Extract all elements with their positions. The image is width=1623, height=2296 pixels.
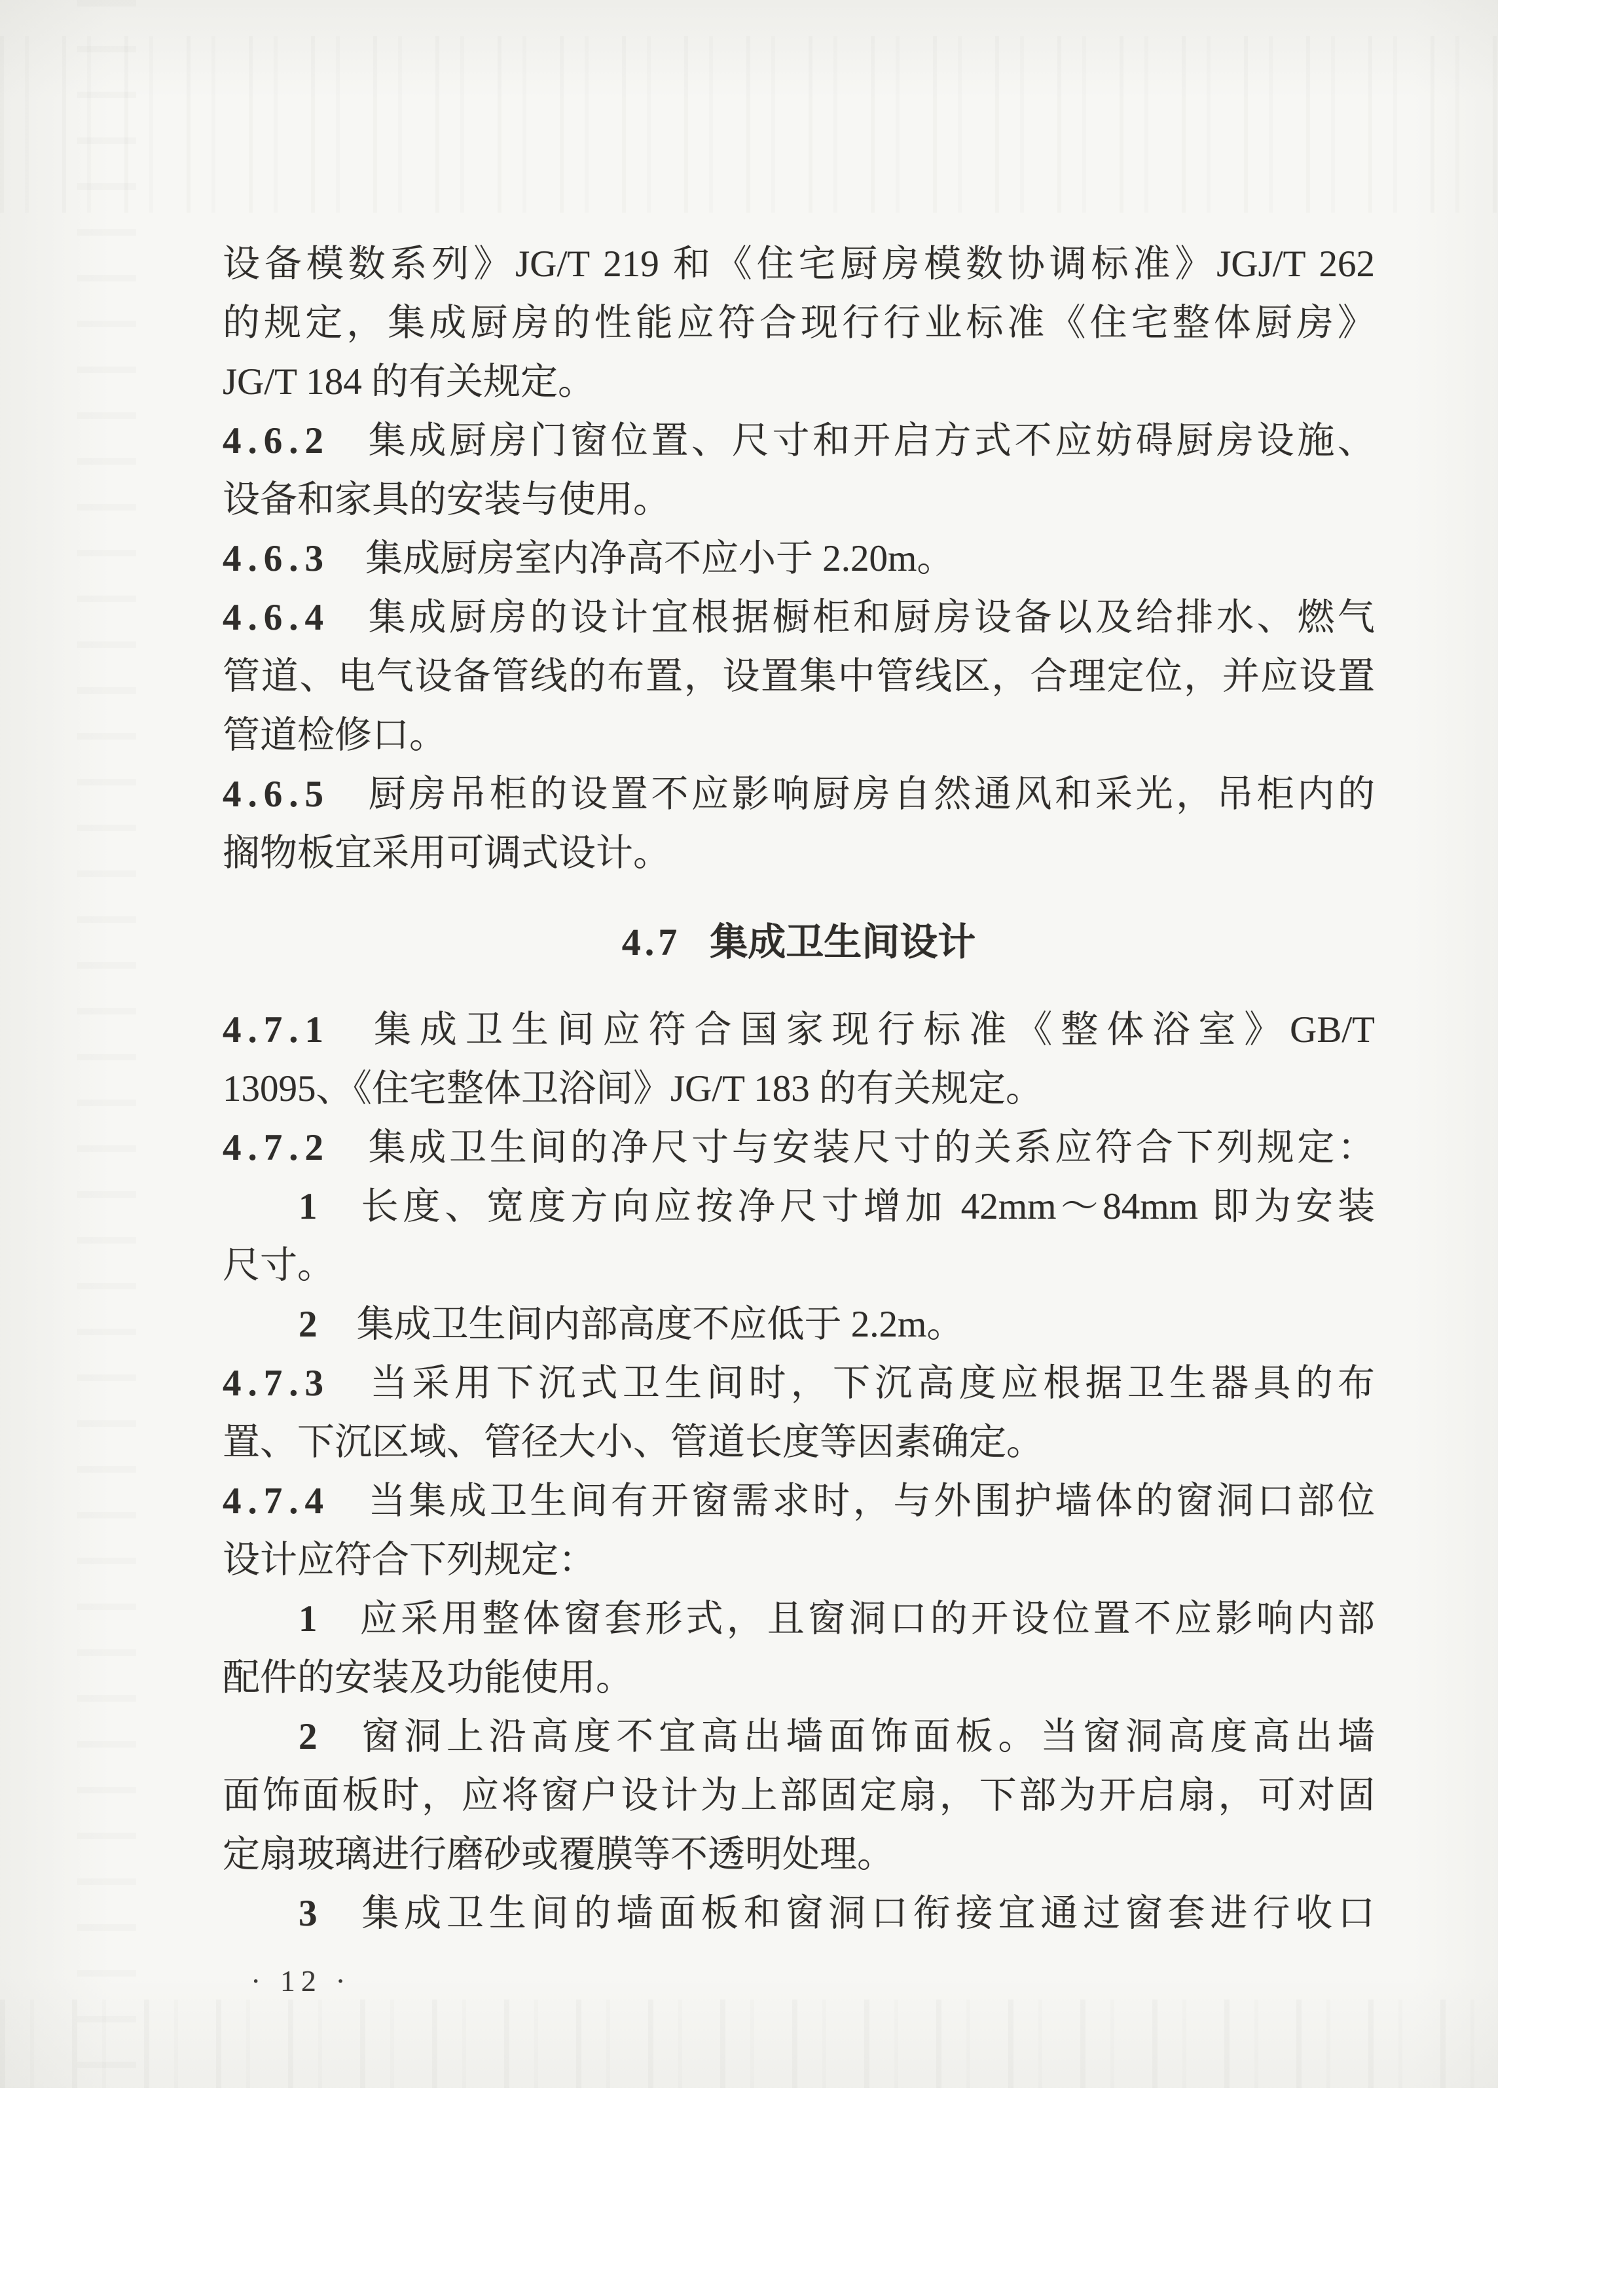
text-line: 1应采用整体窗套形式，且窗洞口的开设位置不应影响内部 — [223, 1590, 1375, 1649]
text-line: 4.7.4当集成卫生间有开窗需求时，与外围护墙体的窗洞口部位 — [223, 1472, 1375, 1531]
line-text: 窗洞上沿高度不宜高出墙面饰面板。当窗洞高度高出墙 — [357, 1716, 1376, 1757]
line-text: 定扇玻璃进行磨砂或覆膜等不透明处理。 — [223, 1834, 894, 1875]
clause-number: 4.7.1 — [223, 1009, 330, 1050]
clause-number: 4.6.3 — [223, 538, 330, 579]
line-text: 设备和家具的安装与使用。 — [223, 479, 670, 520]
scanned-page: 设备模数系列》JG/T 219 和《住宅厨房模数协调标准》JGJ/T 262的规… — [0, 0, 1498, 2088]
text-line: 设备和家具的安装与使用。 — [223, 471, 1375, 529]
text-line: 定扇玻璃进行磨砂或覆膜等不透明处理。 — [223, 1825, 1375, 1884]
text-line: 面饰面板时，应将窗户设计为上部固定扇，下部为开启扇，可对固 — [223, 1767, 1375, 1825]
heading-title: 集成卫生间设计 — [710, 921, 976, 963]
line-text: 管道、电气设备管线的布置，设置集中管线区，合理定位，并应设置 — [223, 656, 1375, 697]
line-text: 尺寸。 — [223, 1245, 335, 1286]
scan-noise-bottom — [0, 2000, 1498, 2088]
line-text: 集成卫生间内部高度不应低于 2.2m。 — [357, 1304, 964, 1345]
text-line: 4.7.3当采用下沉式卫生间时，下沉高度应根据卫生器具的布 — [223, 1354, 1375, 1413]
clause-number: 3 — [299, 1893, 319, 1934]
text-line: 1长度、宽度方向应按净尺寸增加 42mm～84mm 即为安装 — [223, 1177, 1375, 1236]
text-line: 4.7.2集成卫生间的净尺寸与安装尺寸的关系应符合下列规定： — [223, 1119, 1375, 1177]
clause-number: 1 — [299, 1598, 319, 1640]
text-line: 2窗洞上沿高度不宜高出墙面饰面板。当窗洞高度高出墙 — [223, 1708, 1375, 1767]
line-text: 集成卫生间应符合国家现行标准《整体浴室》GB/T — [365, 1009, 1375, 1050]
line-text: 面饰面板时，应将窗户设计为上部固定扇，下部为开启扇，可对固 — [223, 1775, 1375, 1816]
line-text: 设计应符合下列规定： — [223, 1539, 596, 1581]
line-text: 13095、《住宅整体卫浴间》JG/T 183 的有关规定。 — [223, 1068, 1043, 1109]
line-text: 厨房吊柜的设置不应影响厨房自然通风和采光，吊柜内的 — [365, 774, 1375, 815]
text-line: 4.6.3集成厨房室内净高不应小于 2.20m。 — [223, 529, 1375, 588]
line-text: 置、下沉区域、管径大小、管道长度等因素确定。 — [223, 1422, 1044, 1463]
text-line: 配件的安装及功能使用。 — [223, 1649, 1375, 1708]
text-line: 13095、《住宅整体卫浴间》JG/T 183 的有关规定。 — [223, 1060, 1375, 1119]
clause-number: 4.7.3 — [223, 1363, 330, 1404]
text-line: 4.6.5厨房吊柜的设置不应影响厨房自然通风和采光，吊柜内的 — [223, 765, 1375, 824]
text-line: 搁物板宜采用可调式设计。 — [223, 824, 1375, 883]
line-text: JG/T 184 的有关规定。 — [223, 361, 595, 403]
heading-number: 4.7 — [622, 921, 682, 963]
clause-number: 1 — [299, 1186, 319, 1227]
clause-number: 4.6.4 — [223, 597, 330, 638]
text-line: 4.7.1集成卫生间应符合国家现行标准《整体浴室》GB/T — [223, 1001, 1375, 1060]
line-text: 设备模数系列》JG/T 219 和《住宅厨房模数协调标准》JGJ/T 262 — [223, 243, 1375, 285]
line-text: 当采用下沉式卫生间时，下沉高度应根据卫生器具的布 — [365, 1363, 1375, 1404]
clause-number: 2 — [299, 1304, 319, 1345]
text-line: 设备模数系列》JG/T 219 和《住宅厨房模数协调标准》JGJ/T 262 — [223, 235, 1375, 294]
line-text: 集成厨房的设计宜根据橱柜和厨房设备以及给排水、燃气 — [365, 597, 1375, 638]
text-line: 2集成卫生间内部高度不应低于 2.2m。 — [223, 1295, 1375, 1354]
clause-number: 4.7.2 — [223, 1127, 330, 1168]
page-number: · 12 · — [251, 1964, 352, 1998]
clause-number: 4.6.2 — [223, 420, 330, 461]
text-line: 尺寸。 — [223, 1236, 1375, 1295]
line-text: 长度、宽度方向应按净尺寸增加 42mm～84mm 即为安装 — [357, 1186, 1376, 1227]
line-text: 集成卫生间的净尺寸与安装尺寸的关系应符合下列规定： — [365, 1127, 1375, 1168]
text-line: JG/T 184 的有关规定。 — [223, 353, 1375, 412]
text-line: 设计应符合下列规定： — [223, 1531, 1375, 1590]
scan-noise-left — [77, 0, 136, 2088]
line-text: 的规定，集成厨房的性能应符合现行行业标准《住宅整体厨房》 — [223, 302, 1375, 344]
line-text: 集成厨房室内净高不应小于 2.20m。 — [365, 538, 954, 579]
text-line: 管道检修口。 — [223, 706, 1375, 765]
line-text: 集成卫生间的墙面板和窗洞口衔接宜通过窗套进行收口 — [357, 1893, 1376, 1934]
clause-number: 2 — [299, 1716, 319, 1757]
line-text: 应采用整体窗套形式，且窗洞口的开设位置不应影响内部 — [357, 1598, 1376, 1640]
text-line: 管道、电气设备管线的布置，设置集中管线区，合理定位，并应设置 — [223, 647, 1375, 706]
text-line: 4.6.2集成厨房门窗位置、尺寸和开启方式不应妨碍厨房设施、 — [223, 412, 1375, 471]
line-text: 管道检修口。 — [223, 715, 447, 756]
text-line: 置、下沉区域、管径大小、管道长度等因素确定。 — [223, 1413, 1375, 1472]
text-line: 4.6.4集成厨房的设计宜根据橱柜和厨房设备以及给排水、燃气 — [223, 588, 1375, 647]
clause-number: 4.6.5 — [223, 774, 330, 815]
line-text: 集成厨房门窗位置、尺寸和开启方式不应妨碍厨房设施、 — [365, 420, 1375, 461]
section-heading: 4.7集成卫生间设计 — [223, 913, 1375, 972]
clause-number: 4.7.4 — [223, 1480, 330, 1522]
text-block: 设备模数系列》JG/T 219 和《住宅厨房模数协调标准》JGJ/T 262的规… — [223, 235, 1375, 1943]
text-line: 3集成卫生间的墙面板和窗洞口衔接宜通过窗套进行收口 — [223, 1884, 1375, 1943]
scan-noise-top — [0, 36, 1498, 213]
line-text: 当集成卫生间有开窗需求时，与外围护墙体的窗洞口部位 — [365, 1480, 1375, 1522]
text-line: 的规定，集成厨房的性能应符合现行行业标准《住宅整体厨房》 — [223, 294, 1375, 353]
line-text: 配件的安装及功能使用。 — [223, 1657, 633, 1698]
line-text: 搁物板宜采用可调式设计。 — [223, 833, 670, 874]
